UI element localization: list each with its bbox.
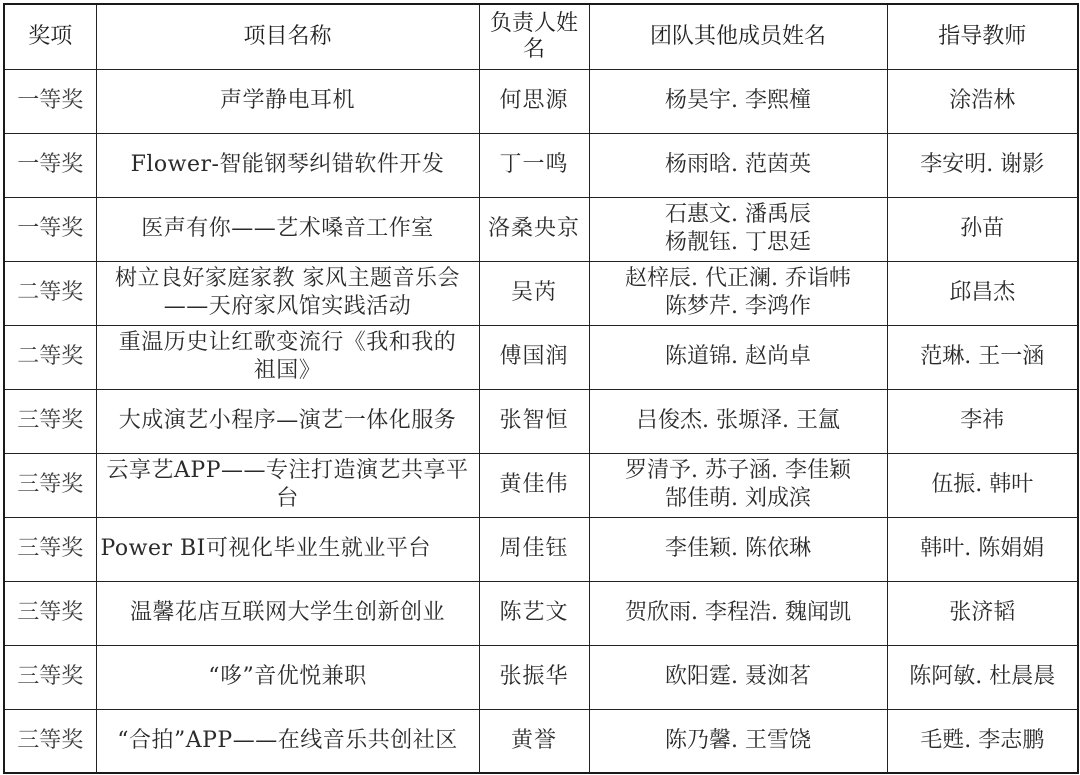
project-name-line: ——天府家风馆实践活动 bbox=[101, 293, 475, 321]
table-body: 一等奖 声学静电耳机 何思源 杨昊宇. 李熙橦 涂浩林 一等奖 Flower-智… bbox=[4, 69, 1078, 773]
table-row: 一等奖 医声有你——艺术嗓音工作室 洛桑央京 石惠文. 潘禹辰 杨靓钰. 丁思廷… bbox=[4, 197, 1078, 261]
award-cell: 三等奖 bbox=[4, 517, 96, 581]
award-table: 奖项 项目名称 负责人姓名 团队其他成员姓名 指导教师 一等奖 声学静电耳机 何… bbox=[3, 3, 1079, 774]
leader-cell: 洛桑央京 bbox=[479, 197, 589, 261]
project-name: “合拍”APP——在线音乐共创社区 bbox=[101, 727, 475, 755]
advisor-cell: 邱昌杰 bbox=[887, 261, 1078, 325]
project-cell: Flower-智能钢琴纠错软件开发 bbox=[96, 133, 479, 197]
members-cell: 石惠文. 潘禹辰 杨靓钰. 丁思廷 bbox=[589, 197, 887, 261]
table-header: 奖项 项目名称 负责人姓名 团队其他成员姓名 指导教师 bbox=[4, 4, 1078, 69]
advisor-cell: 涂浩林 bbox=[887, 69, 1078, 133]
header-row: 奖项 项目名称 负责人姓名 团队其他成员姓名 指导教师 bbox=[4, 4, 1078, 69]
project-cell: 声学静电耳机 bbox=[96, 69, 479, 133]
award-cell: 三等奖 bbox=[4, 453, 96, 517]
advisor-cell: 李祎 bbox=[887, 389, 1078, 453]
award-cell: 三等奖 bbox=[4, 709, 96, 773]
advisor-cell: 张济韬 bbox=[887, 581, 1078, 645]
award-cell: 三等奖 bbox=[4, 645, 96, 709]
members-cell: 罗清予. 苏子涵. 李佳颖 郜佳萌. 刘成滨 bbox=[589, 453, 887, 517]
header-leader: 负责人姓名 bbox=[479, 4, 589, 69]
table-row: 二等奖 重温历史让红歌变流行《我和我的 祖国》 傅国润 陈道锦. 赵尚卓 范琳.… bbox=[4, 325, 1078, 389]
project-cell: 云享艺APP——专注打造演艺共享平 台 bbox=[96, 453, 479, 517]
members-line: 李佳颖. 陈依琳 bbox=[594, 535, 883, 563]
project-cell: Power BI可视化毕业生就业平台 bbox=[96, 517, 479, 581]
award-cell: 三等奖 bbox=[4, 581, 96, 645]
project-cell: 重温历史让红歌变流行《我和我的 祖国》 bbox=[96, 325, 479, 389]
project-cell: “合拍”APP——在线音乐共创社区 bbox=[96, 709, 479, 773]
members-cell: 陈乃馨. 王雪饶 bbox=[589, 709, 887, 773]
advisor-cell: 毛甦. 李志鹏 bbox=[887, 709, 1078, 773]
members-cell: 欧阳霆. 聂洳茗 bbox=[589, 645, 887, 709]
table-row: 二等奖 树立良好家庭家教 家风主题音乐会 ——天府家风馆实践活动 吴芮 赵梓辰.… bbox=[4, 261, 1078, 325]
project-name: Power BI可视化毕业生就业平台 bbox=[101, 535, 475, 563]
members-line: 郜佳萌. 刘成滨 bbox=[594, 485, 883, 513]
project-cell: 大成演艺小程序—演艺一体化服务 bbox=[96, 389, 479, 453]
members-cell: 陈道锦. 赵尚卓 bbox=[589, 325, 887, 389]
members-line: 罗清予. 苏子涵. 李佳颖 bbox=[594, 457, 883, 485]
advisor-cell: 陈阿敏. 杜晨晨 bbox=[887, 645, 1078, 709]
header-members: 团队其他成员姓名 bbox=[589, 4, 887, 69]
table-row: 一等奖 Flower-智能钢琴纠错软件开发 丁一鸣 杨雨晗. 范茵英 李安明. … bbox=[4, 133, 1078, 197]
advisor-cell: 李安明. 谢影 bbox=[887, 133, 1078, 197]
table-row: 三等奖 “哆”音优悦兼职 张振华 欧阳霆. 聂洳茗 陈阿敏. 杜晨晨 bbox=[4, 645, 1078, 709]
project-name: 温馨花店互联网大学生创新创业 bbox=[101, 599, 475, 627]
project-name: Flower-智能钢琴纠错软件开发 bbox=[101, 151, 475, 179]
leader-cell: 黄佳伟 bbox=[479, 453, 589, 517]
table-row: 三等奖 Power BI可视化毕业生就业平台 周佳钰 李佳颖. 陈依琳 韩叶. … bbox=[4, 517, 1078, 581]
leader-cell: 丁一鸣 bbox=[479, 133, 589, 197]
leader-cell: 陈艺文 bbox=[479, 581, 589, 645]
project-cell: 医声有你——艺术嗓音工作室 bbox=[96, 197, 479, 261]
members-line: 贺欣雨. 李程浩. 魏闻凯 bbox=[594, 599, 883, 627]
table-row: 三等奖 温馨花店互联网大学生创新创业 陈艺文 贺欣雨. 李程浩. 魏闻凯 张济韬 bbox=[4, 581, 1078, 645]
members-cell: 杨昊宇. 李熙橦 bbox=[589, 69, 887, 133]
members-line: 杨靓钰. 丁思廷 bbox=[594, 229, 883, 257]
project-name: 大成演艺小程序—演艺一体化服务 bbox=[101, 407, 475, 435]
leader-cell: 吴芮 bbox=[479, 261, 589, 325]
award-cell: 一等奖 bbox=[4, 133, 96, 197]
members-line: 赵梓辰. 代正澜. 乔诣帏 bbox=[594, 265, 883, 293]
project-name-line: 台 bbox=[101, 485, 475, 513]
project-cell: 树立良好家庭家教 家风主题音乐会 ——天府家风馆实践活动 bbox=[96, 261, 479, 325]
members-line: 石惠文. 潘禹辰 bbox=[594, 201, 883, 229]
advisor-cell: 伍振. 韩叶 bbox=[887, 453, 1078, 517]
advisor-cell: 范琳. 王一涵 bbox=[887, 325, 1078, 389]
leader-cell: 周佳钰 bbox=[479, 517, 589, 581]
project-name: “哆”音优悦兼职 bbox=[101, 663, 475, 691]
members-line: 杨雨晗. 范茵英 bbox=[594, 151, 883, 179]
leader-cell: 张智恒 bbox=[479, 389, 589, 453]
members-cell: 杨雨晗. 范茵英 bbox=[589, 133, 887, 197]
award-cell: 三等奖 bbox=[4, 389, 96, 453]
members-line: 陈道锦. 赵尚卓 bbox=[594, 343, 883, 371]
project-name-line: 云享艺APP——专注打造演艺共享平 bbox=[101, 457, 475, 485]
project-name: 医声有你——艺术嗓音工作室 bbox=[101, 215, 475, 243]
members-cell: 吕俊杰. 张塬泽. 王氲 bbox=[589, 389, 887, 453]
project-cell: “哆”音优悦兼职 bbox=[96, 645, 479, 709]
project-name: 声学静电耳机 bbox=[101, 87, 475, 115]
header-award: 奖项 bbox=[4, 4, 96, 69]
advisor-cell: 韩叶. 陈娟娟 bbox=[887, 517, 1078, 581]
leader-cell: 黄誉 bbox=[479, 709, 589, 773]
award-cell: 一等奖 bbox=[4, 197, 96, 261]
project-name-line: 树立良好家庭家教 家风主题音乐会 bbox=[101, 265, 475, 293]
leader-cell: 傅国润 bbox=[479, 325, 589, 389]
members-cell: 李佳颖. 陈依琳 bbox=[589, 517, 887, 581]
table-row: 三等奖 “合拍”APP——在线音乐共创社区 黄誉 陈乃馨. 王雪饶 毛甦. 李志… bbox=[4, 709, 1078, 773]
leader-cell: 张振华 bbox=[479, 645, 589, 709]
advisor-cell: 孙苗 bbox=[887, 197, 1078, 261]
members-cell: 赵梓辰. 代正澜. 乔诣帏 陈梦芹. 李鸿作 bbox=[589, 261, 887, 325]
header-project: 项目名称 bbox=[96, 4, 479, 69]
project-name-line: 重温历史让红歌变流行《我和我的 bbox=[101, 329, 475, 357]
leader-cell: 何思源 bbox=[479, 69, 589, 133]
award-cell: 二等奖 bbox=[4, 325, 96, 389]
project-cell: 温馨花店互联网大学生创新创业 bbox=[96, 581, 479, 645]
members-line: 陈乃馨. 王雪饶 bbox=[594, 727, 883, 755]
members-line: 杨昊宇. 李熙橦 bbox=[594, 87, 883, 115]
table-row: 三等奖 大成演艺小程序—演艺一体化服务 张智恒 吕俊杰. 张塬泽. 王氲 李祎 bbox=[4, 389, 1078, 453]
header-advisor: 指导教师 bbox=[887, 4, 1078, 69]
members-line: 陈梦芹. 李鸿作 bbox=[594, 293, 883, 321]
table-row: 一等奖 声学静电耳机 何思源 杨昊宇. 李熙橦 涂浩林 bbox=[4, 69, 1078, 133]
project-name-line: 祖国》 bbox=[101, 357, 475, 385]
award-cell: 二等奖 bbox=[4, 261, 96, 325]
table-row: 三等奖 云享艺APP——专注打造演艺共享平 台 黄佳伟 罗清予. 苏子涵. 李佳… bbox=[4, 453, 1078, 517]
members-line: 吕俊杰. 张塬泽. 王氲 bbox=[594, 407, 883, 435]
award-cell: 一等奖 bbox=[4, 69, 96, 133]
members-cell: 贺欣雨. 李程浩. 魏闻凯 bbox=[589, 581, 887, 645]
members-line: 欧阳霆. 聂洳茗 bbox=[594, 663, 883, 691]
